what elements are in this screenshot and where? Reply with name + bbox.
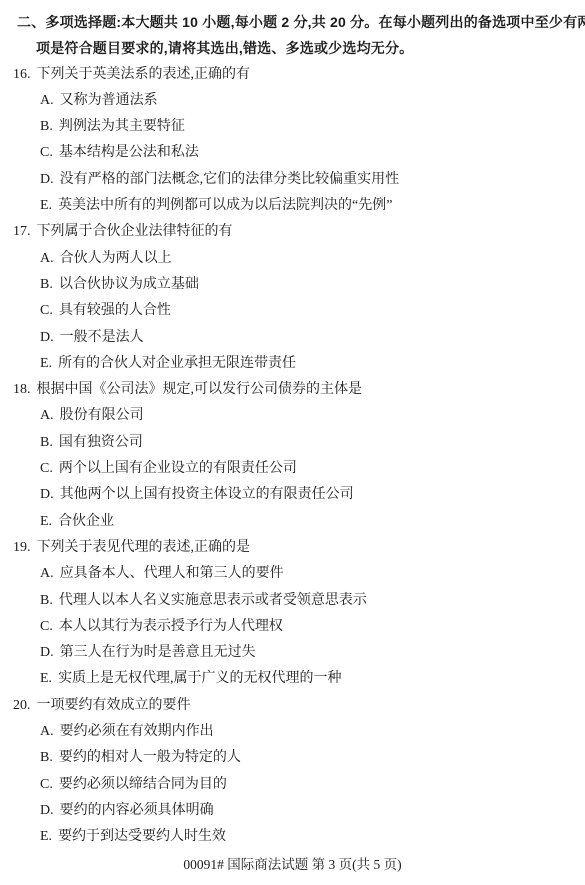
option-line: D.没有严格的部门法概念,它们的法律分类比较偏重实用性 (0, 167, 585, 193)
option-line: C.要约必须以缔结合同为目的 (0, 772, 585, 798)
question-stem: 19.下列关于表见代理的表述,正确的是 (0, 535, 585, 561)
option-text: 判例法为其主要特征 (59, 119, 185, 134)
option-label: A. (40, 93, 54, 108)
option-line: D.第三人在行为时是善意且无过失 (0, 640, 585, 666)
option-label: A. (40, 724, 54, 739)
option-text: 又称为普通法系 (60, 93, 158, 108)
option-label: E. (40, 198, 52, 213)
option-text: 要约的内容必须具体明确 (60, 803, 214, 818)
question-stem-text: 下列属于合伙企业法律特征的有 (37, 224, 233, 239)
option-label: D. (40, 803, 54, 818)
option-text: 应具备本人、代理人和第三人的要件 (60, 566, 284, 581)
option-label: B. (40, 119, 53, 134)
option-label: D. (40, 487, 54, 502)
question-16: 16.下列关于英美法系的表述,正确的有 A.又称为普通法系 B.判例法为其主要特… (0, 62, 585, 220)
question-stem-text: 下列关于英美法系的表述,正确的有 (37, 67, 251, 82)
option-label: C. (40, 145, 53, 160)
option-text: 股份有限公司 (60, 408, 144, 423)
option-text: 第三人在行为时是善意且无过失 (60, 645, 256, 660)
option-line: B.以合伙协议为成立基础 (0, 272, 585, 298)
option-line: C.基本结构是公法和私法 (0, 140, 585, 166)
option-label: C. (40, 619, 53, 634)
option-label: E. (40, 514, 52, 529)
question-number: 19. (13, 540, 31, 555)
option-text: 所有的合伙人对企业承担无限连带责任 (58, 356, 296, 371)
option-line: E.实质上是无权代理,属于广义的无权代理的一种 (0, 666, 585, 692)
question-stem-text: 根据中国《公司法》规定,可以发行公司债券的主体是 (37, 382, 363, 397)
question-stem: 17.下列属于合伙企业法律特征的有 (0, 219, 585, 245)
option-line: A.合伙人为两人以上 (0, 246, 585, 272)
option-text: 具有较强的人合性 (59, 303, 171, 318)
option-label: E. (40, 671, 52, 686)
option-line: D.其他两个以上国有投资主体设立的有限责任公司 (0, 482, 585, 508)
question-number: 20. (13, 698, 31, 713)
question-18: 18.根据中国《公司法》规定,可以发行公司债券的主体是 A.股份有限公司 B.国… (0, 377, 585, 535)
question-19: 19.下列关于表见代理的表述,正确的是 A.应具备本人、代理人和第三人的要件 B… (0, 535, 585, 693)
option-text: 其他两个以上国有投资主体设立的有限责任公司 (60, 487, 354, 502)
option-text: 一般不是法人 (60, 330, 144, 345)
section-header-line2: 项是符合题目要求的,请将其选出,错选、多选或少选均无分。 (0, 35, 585, 61)
option-line: B.国有独资公司 (0, 430, 585, 456)
exam-paper-page: 二、多项选择题:本大题共 10 小题,每小题 2 分,共 20 分。在每小题列出… (0, 0, 585, 885)
option-line: E.所有的合伙人对企业承担无限连带责任 (0, 351, 585, 377)
option-label: B. (40, 593, 53, 608)
option-line: B.代理人以本人名义实施意思表示或者受领意思表示 (0, 588, 585, 614)
question-stem-text: 下列关于表见代理的表述,正确的是 (37, 540, 251, 555)
option-line: A.又称为普通法系 (0, 88, 585, 114)
option-text: 要约于到达受要约人时生效 (58, 829, 226, 844)
option-text: 没有严格的部门法概念,它们的法律分类比较偏重实用性 (60, 172, 400, 187)
option-text: 代理人以本人名义实施意思表示或者受领意思表示 (59, 593, 367, 608)
question-stem: 18.根据中国《公司法》规定,可以发行公司债券的主体是 (0, 377, 585, 403)
option-label: C. (40, 461, 53, 476)
question-stem-text: 一项要约有效成立的要件 (37, 698, 191, 713)
option-line: E.要约于到达受要约人时生效 (0, 824, 585, 850)
option-label: E. (40, 356, 52, 371)
option-line: A.应具备本人、代理人和第三人的要件 (0, 561, 585, 587)
question-17: 17.下列属于合伙企业法律特征的有 A.合伙人为两人以上 B.以合伙协议为成立基… (0, 219, 585, 377)
question-number: 18. (13, 382, 31, 397)
option-label: B. (40, 750, 53, 765)
option-text: 本人以其行为表示授予行为人代理权 (59, 619, 283, 634)
section-header-line1: 二、多项选择题:本大题共 10 小题,每小题 2 分,共 20 分。在每小题列出… (0, 9, 585, 35)
option-line: B.判例法为其主要特征 (0, 114, 585, 140)
option-label: D. (40, 330, 54, 345)
option-text: 合伙人为两人以上 (60, 251, 172, 266)
option-text: 要约的相对人一般为特定的人 (59, 750, 241, 765)
question-stem: 20.一项要约有效成立的要件 (0, 693, 585, 719)
option-text: 两个以上国有企业设立的有限责任公司 (59, 461, 297, 476)
question-20: 20.一项要约有效成立的要件 A.要约必须在有效期内作出 B.要约的相对人一般为… (0, 693, 585, 851)
option-line: D.要约的内容必须具体明确 (0, 798, 585, 824)
option-text: 英美法中所有的判例都可以成为以后法院判决的“先例” (58, 198, 392, 213)
option-label: A. (40, 566, 54, 581)
option-label: A. (40, 251, 54, 266)
question-number: 16. (13, 67, 31, 82)
option-text: 合伙企业 (58, 514, 114, 529)
question-stem: 16.下列关于英美法系的表述,正确的有 (0, 62, 585, 88)
option-line: E.英美法中所有的判例都可以成为以后法院判决的“先例” (0, 193, 585, 219)
option-text: 要约必须以缔结合同为目的 (59, 777, 227, 792)
option-text: 实质上是无权代理,属于广义的无权代理的一种 (58, 671, 342, 686)
option-line: A.要约必须在有效期内作出 (0, 719, 585, 745)
option-line: C.本人以其行为表示授予行为人代理权 (0, 614, 585, 640)
option-text: 基本结构是公法和私法 (59, 145, 199, 160)
option-text: 要约必须在有效期内作出 (60, 724, 214, 739)
option-line: C.具有较强的人合性 (0, 298, 585, 324)
option-line: A.股份有限公司 (0, 403, 585, 429)
option-label: E. (40, 829, 52, 844)
option-label: A. (40, 408, 54, 423)
option-line: D.一般不是法人 (0, 325, 585, 351)
section-header: 二、多项选择题:本大题共 10 小题,每小题 2 分,共 20 分。在每小题列出… (0, 9, 585, 62)
option-label: D. (40, 172, 54, 187)
option-text: 国有独资公司 (59, 435, 143, 450)
option-text: 以合伙协议为成立基础 (59, 277, 199, 292)
option-line: B.要约的相对人一般为特定的人 (0, 745, 585, 771)
option-line: E.合伙企业 (0, 509, 585, 535)
page-footer: 00091# 国际商法试题 第 3 页(共 5 页) (0, 852, 585, 878)
option-line: C.两个以上国有企业设立的有限责任公司 (0, 456, 585, 482)
option-label: D. (40, 645, 54, 660)
question-number: 17. (13, 224, 31, 239)
option-label: B. (40, 277, 53, 292)
option-label: C. (40, 777, 53, 792)
option-label: B. (40, 435, 53, 450)
option-label: C. (40, 303, 53, 318)
